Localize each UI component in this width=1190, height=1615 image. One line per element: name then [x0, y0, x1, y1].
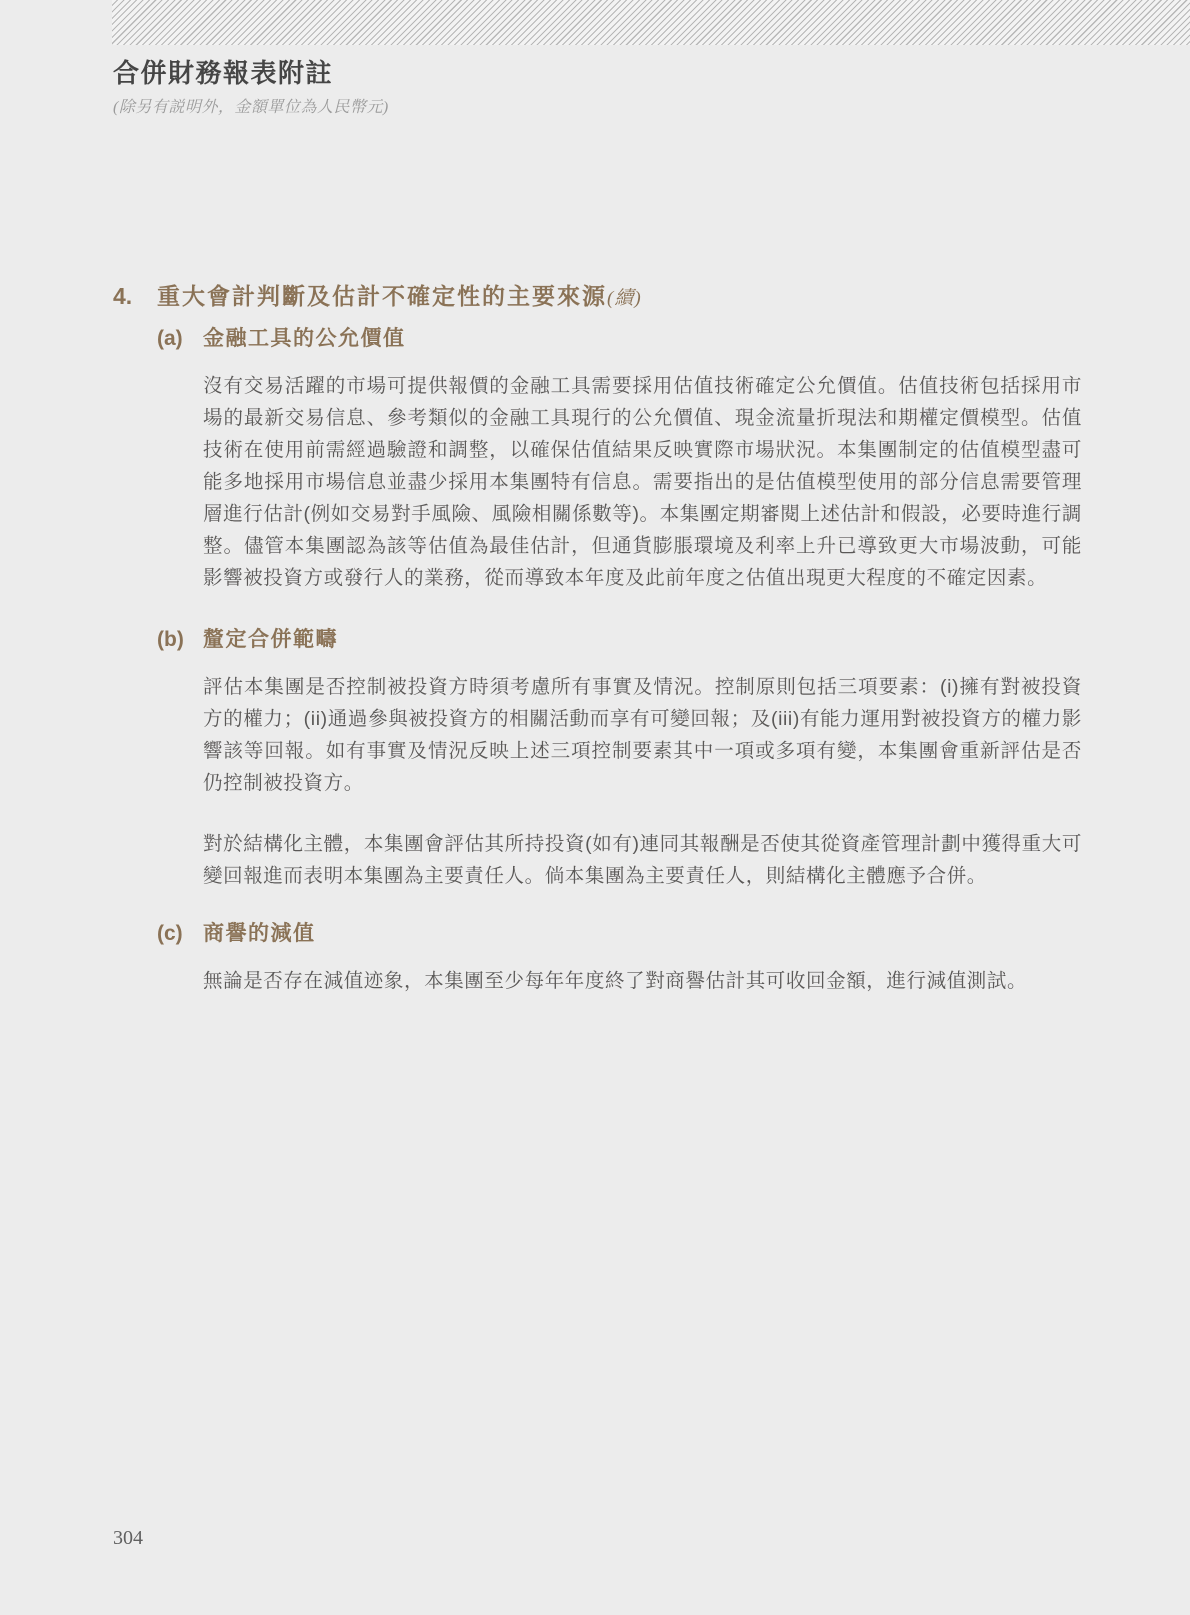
section-title-text: 重大會計判斷及估計不確定性的主要來源 [157, 283, 607, 309]
subsection-b-title: 釐定合併範疇 [203, 626, 338, 654]
report-subtitle: (除另有説明外，金額單位為人民幣元) [113, 98, 389, 118]
report-title: 合併財務報表附註 [113, 58, 389, 90]
subsection-b-heading: (b) 釐定合併範疇 [113, 626, 1082, 654]
subsection-b-label: (b) [157, 626, 203, 654]
section-heading: 4. 重大會計判斷及估計不確定性的主要來源(續) [113, 281, 1082, 314]
page-header: 合併財務報表附註 (除另有説明外，金額單位為人民幣元) [113, 58, 389, 118]
page-number: 304 [113, 1527, 143, 1549]
subsection-c-label: (c) [157, 920, 203, 948]
hatched-banner [112, 0, 1190, 45]
subsection-a-title: 金融工具的公允價值 [203, 325, 406, 353]
subsection-c: (c) 商譽的減值 無論是否存在減值迹象，本集團至少每年年度終了對商譽估計其可收… [113, 920, 1082, 997]
subsection-b: (b) 釐定合併範疇 評估本集團是否控制被投資方時須考慮所有事實及情況。控制原則… [113, 626, 1082, 892]
section-title-continued-marker: (續) [607, 288, 642, 309]
subsection-a-label: (a) [157, 325, 203, 353]
subsection-b-paragraph-1: 評估本集團是否控制被投資方時須考慮所有事實及情況。控制原則包括三項要素：(i)擁… [203, 671, 1082, 799]
section-number: 4. [113, 281, 157, 311]
subsection-b-paragraph-2: 對於結構化主體，本集團會評估其所持投資(如有)連同其報酬是否使其從資產管理計劃中… [203, 828, 1082, 892]
subsection-c-title: 商譽的減值 [203, 920, 316, 948]
subsection-a-paragraph: 沒有交易活躍的市場可提供報價的金融工具需要採用估值技術確定公允價值。估值技術包括… [203, 370, 1082, 594]
report-page: 合併財務報表附註 (除另有説明外，金額單位為人民幣元) 4. 重大會計判斷及估計… [0, 0, 1190, 1615]
subsection-a-heading: (a) 金融工具的公允價值 [113, 325, 1082, 353]
subsection-c-heading: (c) 商譽的減值 [113, 920, 1082, 948]
subsection-a: (a) 金融工具的公允價值 沒有交易活躍的市場可提供報價的金融工具需要採用估值技… [113, 325, 1082, 594]
subsection-c-paragraph: 無論是否存在減值迹象，本集團至少每年年度終了對商譽估計其可收回金額，進行減值測試… [203, 965, 1082, 997]
section-title: 重大會計判斷及估計不確定性的主要來源(續) [157, 281, 642, 314]
content-column: 4. 重大會計判斷及估計不確定性的主要來源(續) (a) 金融工具的公允價值 沒… [113, 281, 1082, 997]
page-footer: 304 [113, 1527, 143, 1550]
